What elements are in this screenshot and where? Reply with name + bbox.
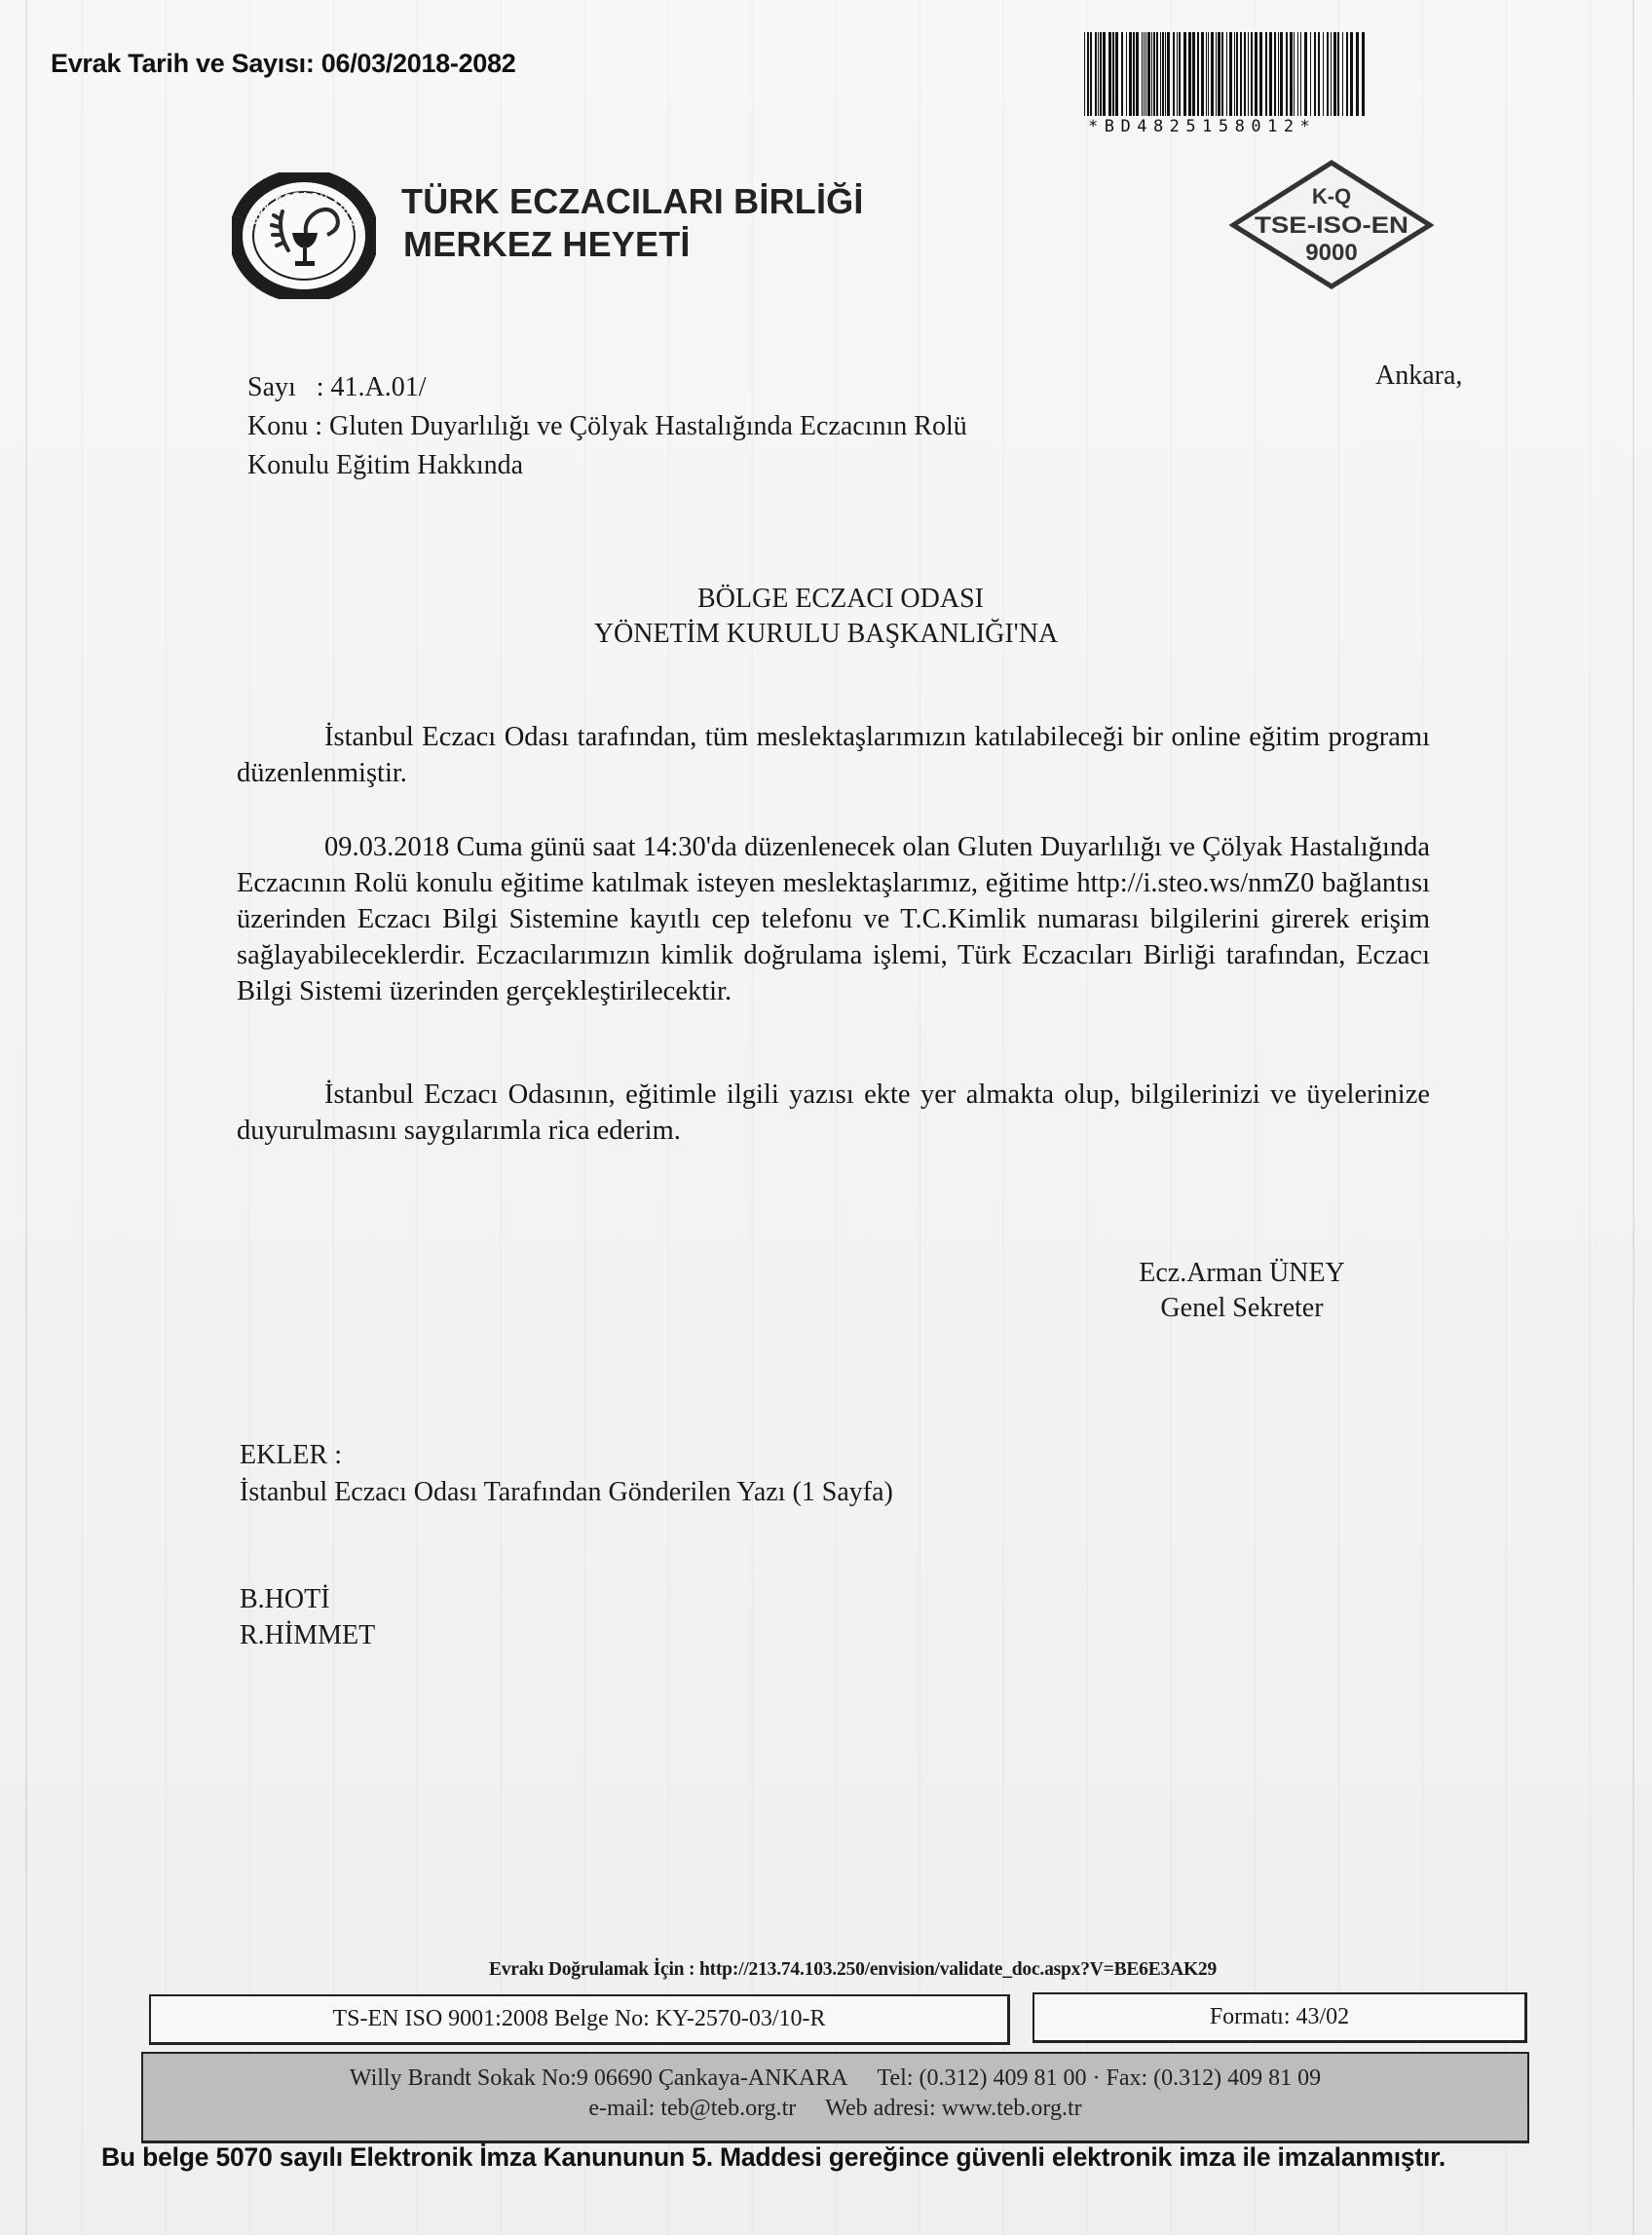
address-text: Willy Brandt Sokak No:9 06690 Çankaya-AN… [350, 2065, 848, 2091]
body-paragraph-1: İstanbul Eczacı Odası tarafından, tüm me… [237, 719, 1430, 791]
prepared-by: B.HOTİ R.HİMMET [240, 1581, 375, 1653]
phone-fax-text: Tel: (0.312) 409 81 00 · Fax: (0.312) 40… [878, 2065, 1322, 2091]
e-signature-notice: Bu belge 5070 sayılı Elektronik İmza Kan… [101, 2142, 1445, 2173]
letter-place: Ankara, [1375, 360, 1462, 392]
body-paragraph-3: İstanbul Eczacı Odasının, eğitimle ilgil… [237, 1077, 1430, 1149]
scanned-letter-page: Evrak Tarih ve Sayısı: 06/03/2018-2082 *… [0, 0, 1652, 2235]
scan-edge-right [1633, 0, 1634, 2235]
organization-name: TÜRK ECZACILARI BİRLİĞİ MERKEZ HEYETİ [401, 180, 864, 266]
format-text: Formatı: 43/02 [1210, 2004, 1349, 2030]
letter-number: Sayı : 41.A.01/ [247, 368, 427, 407]
format-box: Formatı: 43/02 [1032, 1992, 1527, 2043]
iso-certification-badge-icon: K-Q TSE-ISO-EN 9000 [1229, 159, 1434, 290]
svg-text:K-Q: K-Q [1312, 184, 1351, 208]
organization-name-line2: MERKEZ HEYETİ [401, 223, 864, 266]
verification-link[interactable]: Evrakı Doğrulamak İçin : http://213.74.1… [0, 1959, 1652, 1981]
attachments-label: EKLER : [240, 1437, 893, 1474]
barcode-text: *BD4825158012* [1088, 117, 1370, 136]
preparer-initials: R.HİMMET [240, 1617, 375, 1653]
document-date-number: Evrak Tarih ve Sayısı: 06/03/2018-2082 [51, 49, 515, 79]
body-paragraph: 09.03.2018 Cuma günü saat 14:30'da düzen… [237, 829, 1430, 1009]
body-paragraph: İstanbul Eczacı Odası tarafından, tüm me… [237, 719, 1430, 791]
addressee-line2: YÖNETİM KURULU BAŞKANLIĞI'NA [0, 617, 1652, 652]
svg-text:9000: 9000 [1305, 240, 1357, 266]
svg-text:TSE-ISO-EN: TSE-ISO-EN [1255, 212, 1408, 239]
letter-subject-line2: Konulu Eğitim Hakkında [247, 446, 523, 485]
body-paragraph-2: 09.03.2018 Cuma günü saat 14:30'da düzen… [237, 829, 1430, 1009]
body-paragraph: İstanbul Eczacı Odasının, eğitimle ilgil… [237, 1077, 1430, 1149]
scan-edge-left [25, 0, 27, 2235]
website-link[interactable]: Web adresi: www.teb.org.tr [825, 2096, 1081, 2121]
barcode-icon [1084, 32, 1369, 118]
organization-name-line1: TÜRK ECZACILARI BİRLİĞİ [401, 180, 864, 223]
preparer-initials: B.HOTİ [240, 1581, 375, 1617]
teb-logo-icon: TÜRK ECZACILARI BİRLİĞİ [232, 172, 376, 299]
attachment-item: İstanbul Eczacı Odası Tarafından Gönderi… [240, 1474, 893, 1511]
iso-certificate-box: TS-EN ISO 9001:2008 Belge No: KY-2570-03… [149, 1994, 1010, 2045]
attachments-section: EKLER : İstanbul Eczacı Odası Tarafından… [240, 1437, 893, 1511]
addressee-line1: BÖLGE ECZACI ODASI [0, 582, 1652, 617]
signatory-title: Genel Sekreter [1071, 1291, 1412, 1326]
contact-bar: Willy Brandt Sokak No:9 06690 Çankaya-AN… [141, 2052, 1529, 2143]
letter-subject-line1: Konu : Gluten Duyarlılığı ve Çölyak Hast… [247, 407, 967, 446]
signatory-name: Ecz.Arman ÜNEY [1071, 1256, 1412, 1291]
iso-certificate-text: TS-EN ISO 9001:2008 Belge No: KY-2570-03… [333, 2006, 826, 2032]
email-link[interactable]: e-mail: teb@teb.org.tr [588, 2096, 796, 2121]
